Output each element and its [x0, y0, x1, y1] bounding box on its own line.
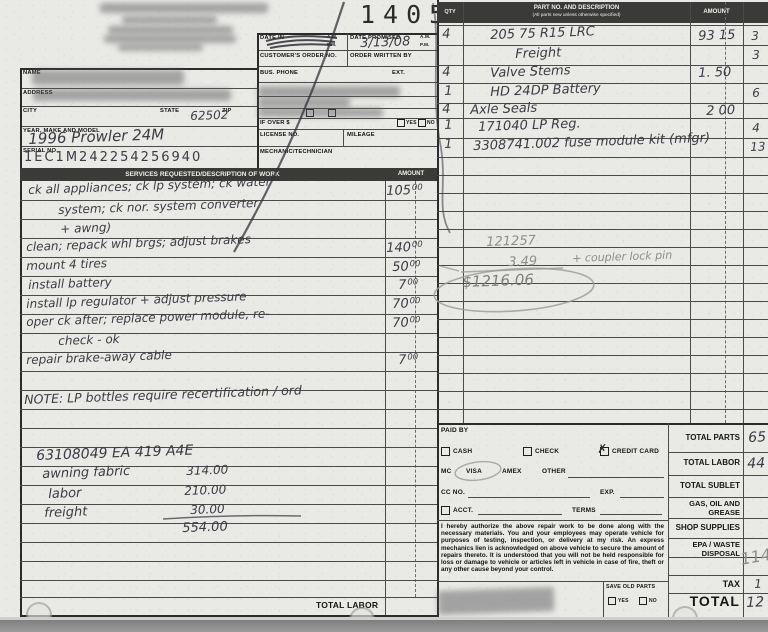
if-over-yes-checkbox	[397, 119, 405, 127]
rule-line	[437, 391, 768, 392]
service-amount: 7000	[392, 296, 421, 312]
service-line: repair brake-away cable	[26, 348, 172, 367]
part-desc: 205 75 R15 LRC	[490, 24, 595, 43]
pm-label: P.M.	[420, 42, 430, 47]
rule-line	[20, 106, 257, 107]
call-option-redacted	[258, 108, 383, 117]
rule-line	[668, 452, 768, 453]
shop-supplies-label: SHOP SUPPLIES	[640, 524, 740, 533]
mc-label: MC	[441, 468, 452, 475]
credit-card-label: CREDIT CARD	[612, 448, 659, 455]
service-note: NOTE: LP bottles require recertification…	[24, 382, 302, 407]
part-qty: 4	[442, 102, 451, 117]
rule-line	[20, 523, 437, 524]
worksheet-item: labor	[48, 486, 82, 502]
date-promised-value: 3/13/08	[360, 34, 411, 51]
service-amount: 7000	[392, 315, 421, 331]
rule-line	[437, 520, 668, 521]
rule-line	[257, 118, 437, 119]
gas-oil-grease-label: GAS, OIL AND GREASE	[672, 500, 740, 517]
rule-line	[20, 371, 437, 372]
service-amount: 14000	[386, 240, 423, 256]
rule-line	[437, 265, 768, 266]
part-qty: 4	[442, 65, 451, 80]
yes-label: YES	[618, 598, 629, 604]
terms-label: TERMS	[572, 507, 596, 514]
visa-label: VISA	[466, 468, 482, 475]
services-amount-header: AMOUNT	[385, 171, 437, 177]
customer-address-redacted	[33, 89, 231, 101]
rule-line	[437, 337, 768, 338]
rule-line	[668, 575, 768, 576]
worksheet-item: awning fabric	[42, 464, 130, 482]
company-address-redacted	[122, 16, 217, 24]
rule-line	[343, 129, 344, 146]
grand-total-value: 12	[746, 594, 764, 611]
rule-line	[437, 229, 768, 230]
tax-label: TAX	[640, 580, 740, 589]
rule-line	[668, 475, 768, 476]
date-in-label: DATE IN	[260, 35, 284, 41]
acct-label: ACCT.	[453, 507, 473, 514]
rule-line	[437, 581, 668, 582]
total-labor-value: 44	[747, 455, 765, 472]
phone-redacted	[258, 86, 400, 97]
customer-name-redacted	[32, 70, 184, 85]
service-amount: 5000	[392, 259, 421, 275]
worksheet-reference: 63108049 EA 419 A4E	[36, 443, 194, 464]
pencil-totals-note: 114	[739, 545, 768, 569]
other-label: OTHER	[542, 468, 566, 475]
customer-signature-redacted	[438, 587, 555, 615]
rule-line	[437, 409, 768, 410]
part-desc: HD 24DP Battery	[490, 81, 601, 100]
acct-checkbox	[441, 506, 450, 515]
worksheet-sum: 554.00	[182, 519, 228, 536]
pencil-note: + coupler lock pin	[572, 249, 672, 265]
grand-total-label: TOTAL	[640, 597, 740, 606]
cc-no-fill-line	[468, 497, 590, 498]
rule-line	[437, 423, 768, 425]
worksheet-amount: 210.00	[184, 483, 226, 498]
epa-waste-label: EPA / WASTE DISPOSAL	[674, 541, 740, 558]
part-desc: Freight	[515, 45, 562, 62]
part-amount: 93 15	[698, 28, 736, 44]
rule-line	[437, 211, 768, 212]
credit-card-checkmark: ✗	[597, 442, 608, 456]
save-parts-yes-checkbox	[608, 597, 616, 605]
repair-order-scan: 1405 NAME ADDRESS CITY STATE ZIP 62502 Y…	[0, 0, 768, 632]
rule-line	[437, 193, 768, 194]
rule-line	[437, 0, 439, 617]
part-amount: 1. 50	[698, 65, 732, 81]
cash-checkbox	[441, 447, 450, 456]
parts-desc-header: PART NO. AND DESCRIPTION	[463, 5, 690, 11]
rule-line	[743, 2, 744, 617]
no-label: NO	[427, 120, 435, 126]
service-line: mount 4 tires	[26, 256, 107, 273]
company-phone-redacted	[118, 44, 203, 51]
yes-label: YES	[406, 120, 417, 126]
rule-line	[668, 538, 768, 539]
service-line: oper ck after; replace power module, re-	[26, 307, 270, 329]
serial-value: 1EC1M242254256940	[24, 150, 202, 165]
tax-value: 1	[754, 577, 762, 591]
service-amount: 700	[398, 277, 419, 293]
parts-amount-header: AMOUNT	[690, 9, 743, 15]
parts-desc-subheader: (All parts new unless otherwise specifie…	[463, 13, 690, 18]
service-amount: 10500	[386, 183, 423, 199]
ext-label: EXT.	[392, 70, 405, 76]
amex-label: AMEX	[502, 468, 522, 475]
check-checkbox	[523, 447, 532, 456]
cash-label: CASH	[453, 448, 472, 455]
part-edge-amount: 3	[752, 48, 760, 62]
rule-line	[20, 580, 437, 581]
worksheet-item: freight	[44, 504, 88, 520]
part-qty: 1	[444, 84, 453, 99]
total-labor-value-label: TOTAL LABOR	[640, 459, 740, 468]
pencil-amount: 3.49	[508, 254, 537, 270]
terms-fill-line	[600, 514, 662, 515]
check-label: CHECK	[535, 448, 559, 455]
mileage-label: MILEAGE	[347, 132, 375, 138]
paid-by-label: PAID BY	[441, 427, 468, 434]
pencil-reference-number: 121257	[486, 233, 536, 250]
cc-no-label: CC NO.	[441, 489, 465, 496]
city-label: CITY	[23, 108, 37, 114]
state-label: STATE	[160, 108, 179, 114]
rule-line	[20, 219, 437, 220]
rule-line	[257, 146, 437, 147]
rule-line	[437, 355, 768, 356]
scanner-bed-strip	[0, 620, 768, 632]
service-line: install battery	[28, 275, 112, 292]
part-edge-amount: 4	[752, 121, 760, 135]
service-line: check - ok	[58, 332, 120, 348]
part-qty: 1	[444, 137, 453, 152]
rule-line	[437, 319, 768, 320]
part-edge-amount: 6	[752, 86, 760, 100]
rule-line	[347, 33, 348, 66]
part-qty: 1	[444, 118, 453, 133]
rule-line	[437, 301, 768, 302]
rule-line	[603, 581, 604, 617]
rule-line	[20, 68, 22, 615]
part-desc: Axle Seals	[470, 101, 537, 118]
authorization-text: I hereby authorize the above repair work…	[441, 523, 664, 579]
worksheet-amount: 314.00	[186, 463, 228, 478]
rule-line	[257, 82, 437, 83]
company-address-redacted	[108, 26, 233, 34]
rule-line	[437, 25, 768, 26]
rule-line	[437, 157, 768, 158]
exp-fill-line	[620, 497, 664, 498]
bus-phone-label: BUS. PHONE	[260, 70, 298, 76]
rule-line	[20, 485, 437, 486]
total-sublet-label: TOTAL SUBLET	[640, 482, 740, 491]
acct-fill-line	[478, 514, 562, 515]
worksheet-amount: 30.00	[190, 502, 225, 517]
rule-line	[20, 542, 437, 543]
rule-line	[668, 497, 768, 498]
year-make-model-value: 1996 Prowler 24M	[28, 125, 165, 148]
part-amount: 2 00	[706, 103, 735, 119]
rule-line	[437, 83, 768, 84]
part-desc: 171040 LP Reg.	[478, 116, 581, 135]
rule-line	[668, 518, 768, 519]
service-amount: 700	[398, 352, 419, 368]
am-label: A.M.	[327, 34, 338, 39]
part-qty: 4	[442, 27, 451, 42]
total-parts-value: 65	[748, 429, 766, 446]
part-desc: 3308741.002 fuse module kit (mfgr)	[473, 131, 710, 154]
company-name-redacted	[100, 3, 268, 13]
am-label: A.M.	[420, 34, 431, 39]
if-over-label: IF OVER $	[260, 120, 290, 126]
rule-line	[20, 428, 437, 429]
phone-redacted	[258, 98, 350, 107]
other-fill-line	[568, 477, 664, 478]
rule-line	[257, 129, 437, 130]
rule-line	[437, 45, 768, 46]
service-line: + awng)	[60, 220, 111, 236]
mechanic-label: MECHANIC/TECHNICIAN	[260, 149, 332, 155]
pm-label: P.M.	[327, 42, 337, 47]
order-written-by-label: ORDER WRITTEN BY	[350, 53, 412, 59]
part-edge-amount: 3	[751, 29, 759, 43]
customer-order-no-label: CUSTOMER'S ORDER NO.	[260, 53, 337, 59]
rule-line	[20, 561, 437, 562]
rule-line	[437, 373, 768, 374]
rule-line	[20, 409, 437, 410]
company-citystate-redacted	[104, 35, 236, 43]
part-desc: Valve Stems	[490, 63, 571, 81]
rule-line	[20, 597, 437, 598]
zip-value: 62502	[190, 108, 229, 123]
rule-line	[257, 66, 437, 67]
pencil-circled-total: $1216.06	[462, 271, 534, 291]
rule-line	[437, 175, 768, 176]
total-parts-label: TOTAL PARTS	[640, 434, 740, 443]
if-over-no-checkbox	[418, 119, 426, 127]
license-no-label: LICENSE NO.	[260, 132, 299, 138]
part-edge-amount: 13	[750, 139, 766, 154]
qty-header: QTY	[437, 9, 463, 15]
exp-label: EXP.	[600, 489, 615, 496]
